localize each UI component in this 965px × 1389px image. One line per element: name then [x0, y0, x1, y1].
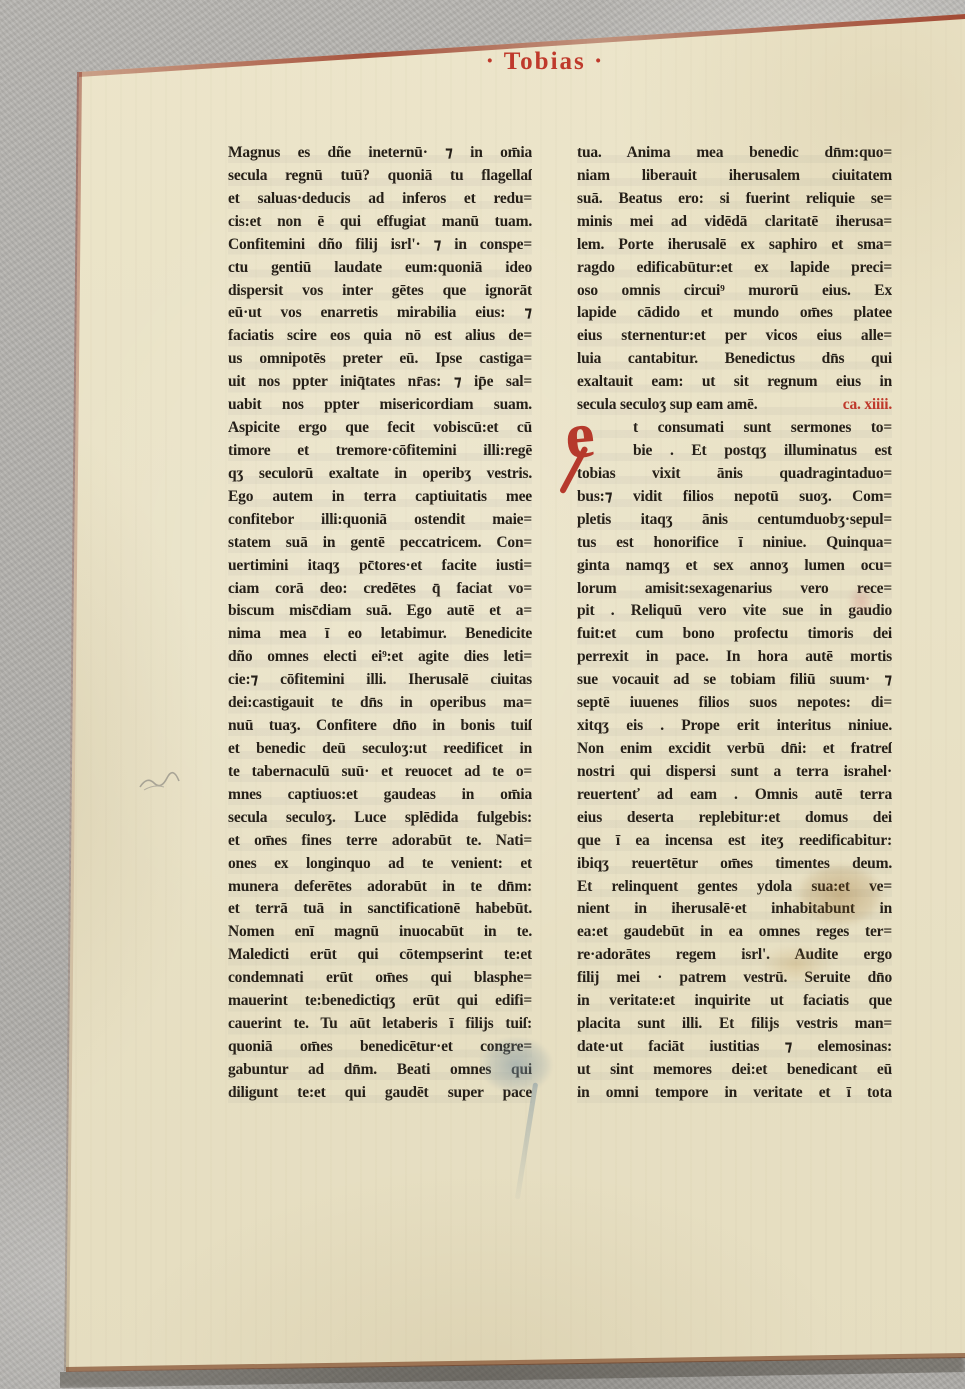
brown-stain	[780, 852, 900, 938]
text-line: condemnati erūt om̄es qui blasphe=	[228, 967, 532, 990]
right-column-lines-after: tobias vixit ānis quadragintaduo=bus:⁊ v…	[577, 463, 892, 1105]
text-line: ginta namqʒ et sex annoʒ lumen ocu=	[577, 555, 892, 578]
text-line: filij mei · patrem vestrū. Seruite dn̄o	[577, 967, 892, 990]
text-line: pletis itaqʒ ānis centumduobʒ·sepul=	[577, 509, 892, 532]
text-line: uertimini itaqʒ pc̄tores·et facite iusti…	[228, 555, 532, 578]
text-line: tua. Anima mea benedic dn̄m:quo=	[577, 142, 892, 165]
text-line: bus:⁊ vidit filios nepotū suoʒ. Com=	[577, 486, 892, 509]
text-line: uit nos ppter iniq̄tates nr̄as: ⁊ ip̄e s…	[228, 371, 532, 394]
text-line: reuertenť ad eam . Omnis autē terra	[577, 784, 892, 807]
text-line: lem. Porte iherusalē ex saphiro et sma=	[577, 234, 892, 257]
text-line: tobias vixit ānis quadragintaduo=	[577, 463, 892, 486]
text-line: ragdo edificabūtur:et ex lapide preci=	[577, 257, 892, 280]
text-line: statem suā in gentē peccatricem. Con=	[228, 532, 532, 555]
text-line: date·ut faciāt iustitias ⁊ elemosinas:	[577, 1036, 892, 1059]
text-line: niam liberauit iherusalem ciuitatem	[577, 165, 892, 188]
text-line: nuū tuaʒ. Confitere dn̄o in bonis tuiſ	[228, 715, 532, 738]
text-line: lapide cādido et mundo om̄es platee	[577, 302, 892, 325]
blue-ink-smudge	[468, 1028, 564, 1102]
text-line: septē iuuenes filios suos nepotes: di=	[577, 692, 892, 715]
text-line: mauerint te:benedictiqʒ erūt qui edifi=	[228, 990, 532, 1013]
text-line: et saluas·deducis ad inferos et redu=	[228, 188, 532, 211]
text-line: et benedic deū seculoʒ:ut reedificet in	[228, 738, 532, 761]
text-line: faciatis scire eos quia nō est alius de=	[228, 325, 532, 348]
text-line: in veritate:et inquirite ut faciatis que	[577, 990, 892, 1013]
initial-indented-lines: t consumati sunt sermones to=bie . Et po…	[577, 417, 892, 463]
text-line: bie . Et postqʒ illuminatus est	[633, 440, 892, 463]
chapter-number-rubric: ca. xiiii.	[843, 394, 892, 417]
text-line: oso omnis circui⁹ murorū eius. Ex	[577, 280, 892, 303]
text-line: ctu gentiū laudate eum:quoniā ideo	[228, 257, 532, 280]
text-line: Ego autem in terra captiuitatis mee	[228, 486, 532, 509]
text-line: placita sunt illi. Et filijs vestris man…	[577, 1013, 892, 1036]
text-line: t consumati sunt sermones to=	[633, 417, 892, 440]
text-line: luia cantabitur. Benedictus dn̄s qui	[577, 348, 892, 371]
text-line: secula seculoʒ. Luce splēdida fulgebis:	[228, 807, 532, 830]
text-column-right: tua. Anima mea benedic dn̄m:quo=niam lib…	[577, 142, 892, 1105]
tan-stain	[748, 938, 844, 990]
pencil-annotation	[136, 770, 184, 796]
left-column-lines: Magnus es dñe ineternū· ⁊ in om̄iasecula…	[228, 142, 532, 1105]
text-line: mnes captiuos:et gaudeas in om̄ia	[228, 784, 532, 807]
text-line: secula regnū tuū? quoniā tu flagellaſ	[228, 165, 532, 188]
text-line: nima mea ī eo letabimur. Benedicite	[228, 623, 532, 646]
text-line: munera deferētes adorabūt in te dn̄m:	[228, 876, 532, 899]
text-line: eius sternentur:et per vicos eius alle=	[577, 325, 892, 348]
text-line: confitebor illi:quoniā ostendit maie=	[228, 509, 532, 532]
text-line: cauerint te. Tu aūt letaberis ī filijs t…	[228, 1013, 532, 1036]
text-line: biscum misc̄diam suā. Ego autē et a=	[228, 600, 532, 623]
text-line: uabit nos ppter misericordiam suam.	[228, 394, 532, 417]
text-line: Non enim excidit verbū dn̄i: et fratreſ	[577, 738, 892, 761]
text-line: Confitemini dño filij isrl'· ⁊ in conspe…	[228, 234, 532, 257]
text-line: cis:et non ē qui effugiat manū tuam.	[228, 211, 532, 234]
text-line: ones ex longinquo ad te venient: et	[228, 853, 532, 876]
text-line: fuit:et cum bono profectu timoris dei	[577, 623, 892, 646]
text-line: et terrā tuā in sanctificationē habebūt.	[228, 898, 532, 921]
pink-offset-smear	[843, 580, 879, 622]
text-column-left: Magnus es dñe ineternū· ⁊ in om̄iasecula…	[228, 142, 532, 1105]
text-line: exaltauit eam: ut sit regnum eius in	[577, 371, 892, 394]
right-column-lines-before: tua. Anima mea benedic dn̄m:quo=niam lib…	[577, 142, 892, 394]
text-line: Maledicti erūt qui cōtempserint te:et	[228, 944, 532, 967]
chapter-rubric-line: secula seculoʒ sup eam amē. ca. xiiii.	[577, 394, 892, 417]
text-line: eū·ut vos enarretis mirabilia eius: ⁊	[228, 302, 532, 325]
text-line: nostri qui dispersi sunt a terra israhel…	[577, 761, 892, 784]
text-line: qʒ seculorū exaltate in operibʒ vestris.	[228, 463, 532, 486]
text-line: timore et tremore·cōfitemini illi:regē	[228, 440, 532, 463]
scanned-manuscript-photo: · Tobias · Magnus es dñe ineternū· ⁊ in …	[0, 0, 965, 1389]
text-line: Aspicite ergo que fecit vobiscū:et cū	[228, 417, 532, 440]
text-line: xitqʒ eis . Prope erit interitus niniue.	[577, 715, 892, 738]
text-line: eius deserta replebitur:et domus dei	[577, 807, 892, 830]
text-line: Magnus es dñe ineternū· ⁊ in om̄ia	[228, 142, 532, 165]
text-line: minis mei ad vidēdā claritatē iherusa=	[577, 211, 892, 234]
running-header: · Tobias ·	[400, 48, 690, 76]
text-line: que ī ea incensa est iteʒ reedificabitur…	[577, 830, 892, 853]
text-line: ciam corā deo: credētes q̄ faciat vo=	[228, 578, 532, 601]
text-line: et om̄es fines terre adorabūt te. Nati=	[228, 830, 532, 853]
text-line: Nomen enī magnū inuocabūt in te.	[228, 921, 532, 944]
text-line: in omni tempore in veritate et ī tota	[577, 1082, 892, 1105]
text-line: us omnipotēs preter eū. Ipse castiga=	[228, 348, 532, 371]
text-line: ut sint memores dei:et benedicant eū	[577, 1059, 892, 1082]
text-line: dño omnes electi ei⁹:et agite dies leti=	[228, 646, 532, 669]
text-line: tus est honorifice ī niniue. Quinqua=	[577, 532, 892, 555]
text-line: re·adorātes regem isrl'. Audite ergo	[577, 944, 892, 967]
text-line: suā. Beatus ero: si fuerint reliquie se=	[577, 188, 892, 211]
text-line: sue vocauit ad se tobiam filiū suum· ⁊	[577, 669, 892, 692]
text-line: dei:castigauit te dn̄s in operibus ma=	[228, 692, 532, 715]
text-line: te tabernaculū suū· et reuocet ad te o=	[228, 761, 532, 784]
text-line: cie:⁊ cōfitemini illi. Iherusalē ciuitas	[228, 669, 532, 692]
text-line: perrexit in pace. In hora autē mortis	[577, 646, 892, 669]
text-line: dispersit vos inter gētes que ignorāt	[228, 280, 532, 303]
